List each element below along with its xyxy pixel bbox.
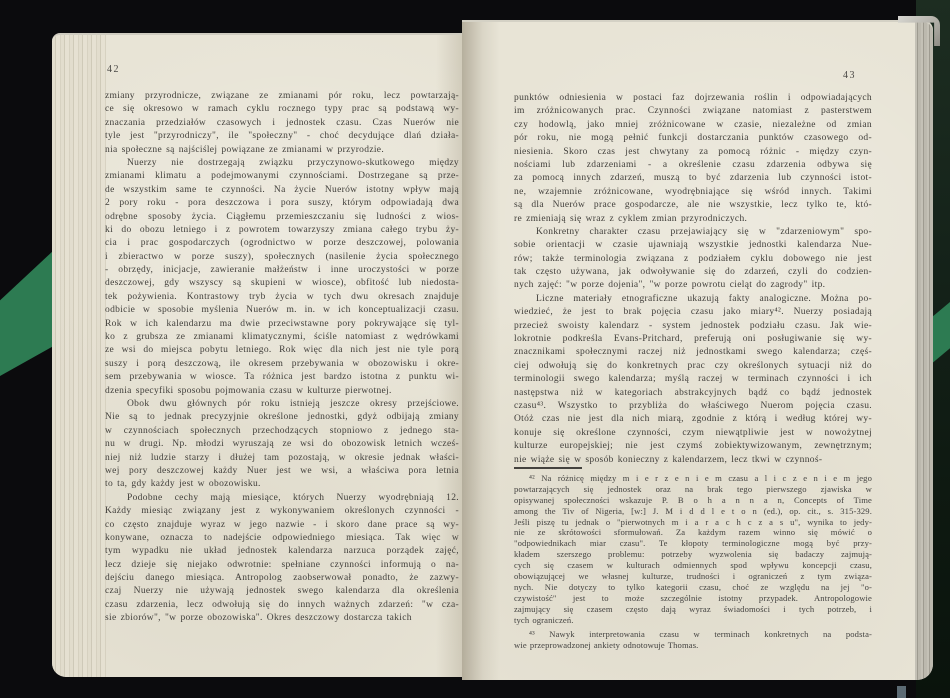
text-line: tym wypadku nie układ jednostek kalendar…	[105, 545, 459, 558]
text-line: ne, wzajemnie zróżnicowane, wyodrębniają…	[514, 186, 872, 199]
text-line: czywistość" jest to może szczególnie ist…	[514, 593, 872, 604]
text-line: punktów odniesienia w postaci faz dojrze…	[514, 92, 872, 105]
text-line: czasu⁴³. Wszystko to przybliża do właści…	[514, 400, 872, 413]
footnote-separator-rule	[514, 467, 582, 469]
text-line: konuje się określone czynności, czym nie…	[514, 427, 872, 440]
text-line: Obok dwu głównych pór roku istnieją jesz…	[105, 398, 459, 411]
text-line: nu w drugi. Np. młodzi wyruszają ze wsi …	[105, 438, 459, 451]
text-line: co często znajduje wyraz w jego nazwie -…	[105, 519, 459, 532]
text-line: dzenia specyfiki sposobu pojmowania czas…	[105, 385, 459, 398]
text-line: im zróżnicowanych prac. Czynności związa…	[514, 105, 872, 118]
text-line: Konkretny charakter czasu przejawiający …	[514, 226, 872, 239]
text-line: rów; także terminologia związana z podzi…	[514, 253, 872, 266]
text-line: Liczne materiały etnograficzne ukazują f…	[514, 293, 872, 306]
text-line: sem przebywania w wiosce. Ta różnica jes…	[105, 371, 459, 384]
text-line: zmianami klimatu a podejmowanymi czynnoś…	[105, 170, 459, 183]
text-line: tak często używana, jak odwoływanie się …	[514, 266, 872, 279]
text-line: odbicie w sposobie myślenia Nuerów m. in…	[105, 304, 459, 317]
footnote: ⁴³ Nawyk interpretowania czasu w termina…	[514, 629, 872, 651]
right-page-stack-edge	[915, 22, 933, 680]
text-line: ⁴³ Nawyk interpretowania czasu w termina…	[514, 629, 872, 640]
text-line: re zmieniają się wraz z cyklem zmian prz…	[514, 213, 872, 226]
book-scan-scene: 42 43 zmiany przyrodnicze, związane ze z…	[0, 0, 950, 698]
text-line: czasu zdarzenia, lecz odwołują się do in…	[105, 599, 459, 612]
page-number-right: 43	[843, 70, 856, 81]
text-line: nych. Nie dotyczy to tylko kategorii cza…	[514, 582, 872, 593]
footnotes-block: ⁴² Na różnicę między m i e r z e n i e m…	[514, 473, 872, 651]
text-line: "odpowiednikach miar czasu". Te kłopoty …	[514, 538, 872, 549]
text-line: kulturze europejskiej; nie jest czymś zo…	[514, 440, 872, 453]
text-line: de wszystkim same te czynności. Na życie…	[105, 184, 459, 197]
text-line: następstwa niż w kategoriach abstrakcyjn…	[514, 387, 872, 400]
text-line: tych ograniczeń.	[514, 615, 872, 626]
text-line: i zbieractwo w porze suszy), społecznych…	[105, 251, 459, 264]
background-detail	[897, 686, 906, 698]
text-line: za pomocą innych zdarzeń, muszą to być z…	[514, 172, 872, 185]
text-line: Podobne cechy mają miesiące, których Nue…	[105, 492, 459, 505]
text-line: są dla Nuerów prace gospodarcze, ale nie…	[514, 199, 872, 212]
text-line: lokrotnie podkreśla Evans-Pritchard, pre…	[514, 333, 872, 346]
gutter-shadow-right	[462, 22, 500, 680]
text-line: zajmujący się czasem często dają wyraz ś…	[514, 604, 872, 615]
footnote: ⁴² Na różnicę między m i e r z e n i e m…	[514, 473, 872, 625]
text-line: nia społeczne są najściślej powiązane ze…	[105, 144, 459, 157]
text-line: zmiany przyrodnicze, związane ze zmianam…	[105, 90, 459, 103]
text-line: nie ze skrótowości sformułowań. Za każdy…	[514, 527, 872, 538]
text-line: Jeśli piszę tu jednak o "pierwotnych m i…	[514, 517, 872, 528]
text-line: odrębne sposoby życia. Ciągłemu przemies…	[105, 211, 459, 224]
text-line: ciej odwołują się do konkretnych prac cz…	[514, 360, 872, 373]
text-line: ce się okresowo w ramach cyklu rocznego …	[105, 103, 459, 116]
text-line: sobie orientacji w czasie ujawniają wszy…	[514, 239, 872, 252]
text-line: ki do obozu letniego i z powrotem towarz…	[105, 224, 459, 237]
text-line: pór roku, nie mogą pełnić funkcji dostar…	[514, 132, 872, 145]
text-line: w czynnościach społecznych przechodzącyc…	[105, 425, 459, 438]
text-line: kładem szerszego problemu: potrzeby wyzw…	[514, 549, 872, 560]
page-number-left: 42	[107, 64, 120, 75]
text-line: ko z grubsza ze zmianami klimatycznymi, …	[105, 331, 459, 344]
text-line: ze wsi do miejsca pobytu letniego. Rok w…	[105, 344, 459, 357]
text-line: powtarzających się jednostek oraz na bra…	[514, 484, 872, 495]
text-line: wej pory deszczowej każdy Nuer jest we w…	[105, 465, 459, 478]
text-line: to ta, gdy każdy jest w obozowisku.	[105, 478, 459, 491]
text-line: deszczowej, gdy wszyscy są skupieni w wi…	[105, 277, 459, 290]
text-line: terminologii swego kalendarza; myślą rac…	[514, 373, 872, 386]
text-line: obowiązującej we własnej kulturze, trudn…	[514, 571, 872, 582]
text-line: dejściu danego miesiąca. Antropolog zaob…	[105, 572, 459, 585]
text-line: ⁴² Na różnicę między m i e r z e n i e m…	[514, 473, 872, 484]
text-line: sie zbiorów", "w porze obozowiska". Okre…	[105, 612, 459, 625]
text-line: niesienia. Skoro czas jest chwytany za p…	[514, 146, 872, 159]
text-line: Nie są to jednak precyzyjnie określone j…	[105, 411, 459, 424]
left-page-stack-edge	[52, 35, 106, 677]
text-line: among the Tiv of Nigeria, [w:] J. M i d …	[514, 506, 872, 517]
text-line: tyle jest "przyrodniczy", ile "społeczny…	[105, 130, 459, 143]
text-line: Nuerzy nie dostrzegają związku przyczyno…	[105, 157, 459, 170]
text-line: nościami lub zdarzeniami - a określenie …	[514, 159, 872, 172]
text-line: cych się czasem w kulturach odmiennych s…	[514, 560, 872, 571]
text-line: czaj Nuerzy nie używają jednostek swego …	[105, 585, 459, 598]
text-line: 2 pory roku - pora deszczowa i pora susz…	[105, 197, 459, 210]
text-line: znaczania przedziałów czasowych i jednos…	[105, 117, 459, 130]
text-line: - obrzędy, inicjacje, zawieranie małżeńs…	[105, 264, 459, 277]
text-line: znacznikami społecznymi raczej niż jedno…	[514, 346, 872, 359]
text-line: lecz dzieje się niejako odwrotnie: spełn…	[105, 559, 459, 572]
text-line: tek pożywienia. Kontrastowy tryb życia w…	[105, 291, 459, 304]
text-line: nych zajęć: "w porze dojenia", "w porze …	[514, 279, 872, 292]
text-line: cia i prac gospodarczych (ogrodnictwo w …	[105, 237, 459, 250]
text-line: nie wiąże się w sposób konieczny z kalen…	[514, 454, 872, 467]
text-line: wiedzieć, że jest to brak pojęcia czasu …	[514, 306, 872, 319]
right-page-text: punktów odniesienia w postaci faz dojrze…	[514, 92, 872, 467]
text-line: konywane, oznacza to nadejście odpowiedn…	[105, 532, 459, 545]
text-line: wie przeprowadzonej ankiety odnotowuje T…	[514, 640, 872, 651]
text-line: suszy i porą deszczową, ile okresem prze…	[105, 358, 459, 371]
left-page-text: zmiany przyrodnicze, związane ze zmianam…	[105, 90, 459, 626]
cover-green-band-left	[0, 250, 54, 376]
text-line: niej niż ludzie starzy i dłużej tam pozo…	[105, 452, 459, 465]
text-line: czy hodowlą, jako mniej zróżnicowane w c…	[514, 119, 872, 132]
text-line: Rok w ich kalendarzu ma dwie przeciwstaw…	[105, 318, 459, 331]
text-line: przecież swoisty kalendarz - system jedn…	[514, 320, 872, 333]
text-line: Otóż czas nie jest dla nich miarą, zgodn…	[514, 413, 872, 426]
text-line: opisywanej społeczności wskazuje P. B o …	[514, 495, 872, 506]
text-line: Każdy miesiąc związany jest z wykonywani…	[105, 505, 459, 518]
